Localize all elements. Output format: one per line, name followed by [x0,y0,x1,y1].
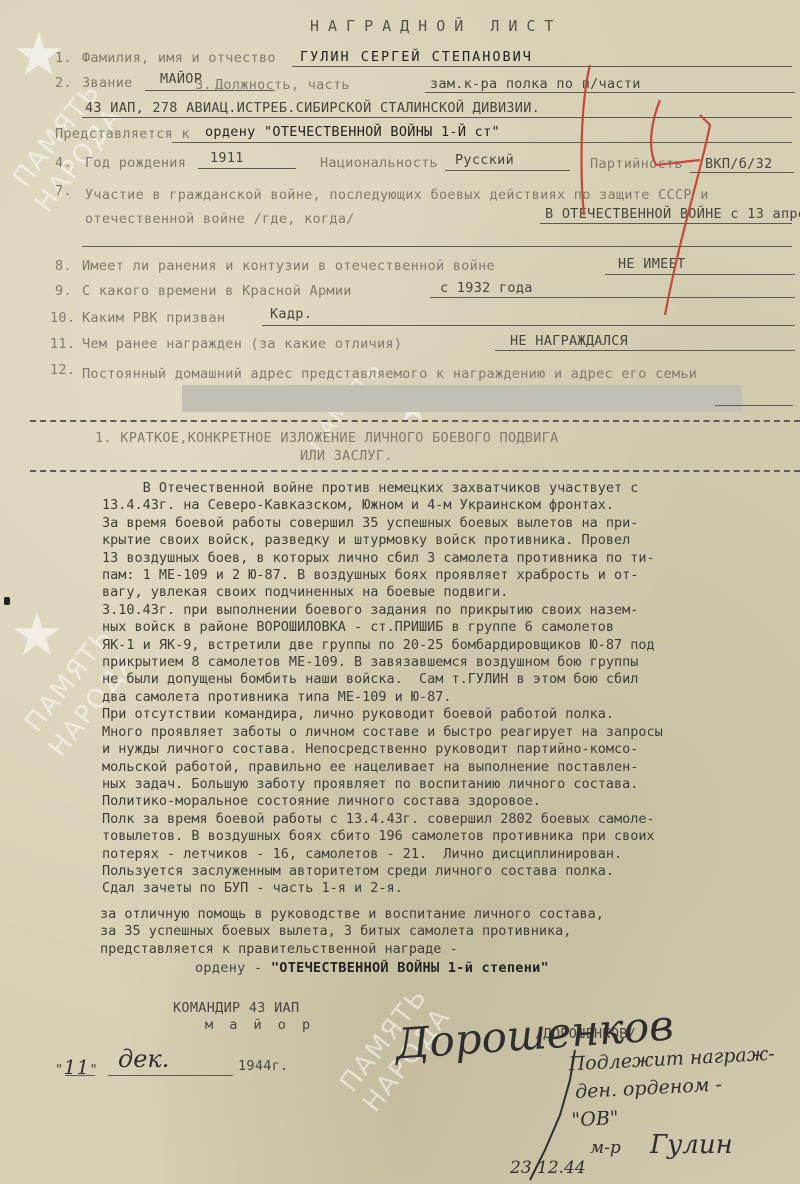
field-5-label: Национальность [320,155,438,171]
field-2-label: Звание [82,75,133,91]
citation-line: 13.4.43г. на Северо-Кавказском, Южном и … [102,497,792,514]
field-12-label: Постоянный домашний адрес представляемог… [82,362,792,387]
underline [198,168,296,169]
citation-line: Сдал зачеты по БУП - часть 1-я и 2-я. [102,880,792,897]
section-header-2: ИЛИ ЗАСЛУГ. [300,448,393,464]
citation-line: Много проявляет заботы о личном составе … [102,724,792,741]
field-draft-value: Кадр. [270,306,312,322]
citation-line: вагу, увлекая своих подчиненных на боевы… [102,584,792,601]
citation-line: За время боевой работы совершил 35 успеш… [102,515,792,532]
citation-line: В Отечественной войне против немецких за… [102,480,792,497]
field-11-number: 11. [50,336,75,352]
resolution-signature: Гулин [650,1130,733,1160]
date-month: дек. [118,1045,169,1073]
resolution-rank: м-р [590,1138,621,1158]
section-header: 1. КРАТКОЕ,КОНКРЕТНОЕ ИЗЛОЖЕНИЕ ЛИЧНОГО … [95,430,559,446]
document-title: НАГРАДНОЙ ЛИСТ [310,17,562,35]
field-9-label: С какого времени в Красной Армии [82,283,352,299]
underline [715,405,793,406]
citation-line: потерях - летчиков - 16, самолетов - 21.… [102,846,792,863]
underline [445,170,570,171]
field-army-since-value: с 1932 года [440,280,533,296]
field-3-number: 3. [195,77,212,93]
field-9-number: 9. [55,283,72,299]
underline [65,1075,95,1076]
field-10-label: Каким РВК призван [82,310,225,326]
field-1-number: 1. [55,50,72,66]
field-nominated-value: ордену "ОТЕЧЕСТВЕННОЙ ВОЙНЫ 1-Й ст" [205,124,500,140]
underline [108,1075,233,1076]
redacted-address [182,385,742,412]
field-unit-value: 43 ИАП, 278 АВИАЦ.ИСТРЕБ.СИБИРСКОЙ СТАЛИ… [85,100,540,116]
citation-line: 3.10.43г. при выполнении боевого задания… [102,602,792,619]
divider [30,420,800,422]
citation-line: прикрытием 8 самолетов МЕ-109. В завязав… [102,654,792,671]
field-4-number: 4. [55,155,72,171]
field-nominated-label: Представляется к [55,126,190,142]
field-name-value: ГУЛИН СЕРГЕЙ СТЕПАНОВИЧ [300,49,533,65]
closing-text: за отличную помощь в руководстве и воспи… [100,906,604,958]
field-10-number: 10. [50,310,75,326]
field-4-label: Год рождения [85,155,186,171]
field-11-label: Чем ранее награжден (за какие отличия) [82,336,402,352]
signer-rank: м а й о р [205,1017,314,1033]
award-sheet: ★ ★ ★ ПАМЯТЬ НАРОДА ПАМЯТЬ НАРОДА ПАМЯТЬ… [0,0,800,1184]
signer-position: КОМАНДИР 43 ИАП [173,1000,299,1016]
citation-line: Полк за время боевой работы с 13.4.43г. … [102,811,792,828]
field-1-label: Фамилия, имя и отчество [82,50,276,66]
field-7-number: 7. [55,183,72,199]
citation-line: крытие своих войск, разведку и штурмовку… [102,532,792,549]
field-nationality-value: Русский [455,152,514,168]
red-pencil-mark-icon [560,55,760,355]
closing-line: представляется к правительственной награ… [100,941,604,958]
divider [30,470,800,472]
field-8-label: Имеет ли ранения и контузии в отечествен… [82,258,495,274]
award-name: "ОТЕЧЕСТВЕННОЙ ВОЙНЫ 1-й степени" [271,960,549,976]
citation-line: ЯК-1 и ЯК-9, встретили две группы по 20-… [102,637,792,654]
citation-line: мольской работой, правильно ее нацеливае… [102,759,792,776]
closing-line: за 35 успешных боевых вылета, 3 битых са… [100,923,604,940]
citation-line: ных войск в районе ВОРОШИЛОВКА - ст.ПРИШ… [102,619,792,636]
field-3-label: Должность, часть [215,77,350,93]
punch-hole [4,597,10,605]
field-2-number: 2. [55,75,72,91]
field-birthyear-value: 1911 [210,150,244,166]
award-line: ордену - "ОТЕЧЕСТВЕННОЙ ВОЙНЫ 1-й степен… [195,960,549,976]
citation-line: пам: 1 МЕ-109 и 2 Ю-87. В воздушных боях… [102,567,792,584]
handwritten-resolution: Подлежит награж- ден. орденом - "ОВ" [568,1040,778,1135]
date-year: 1944г. [238,1058,289,1074]
citation-line: Политико-моральное состояние личного сос… [102,793,792,810]
citation-line: 13 воздушных боев, в которых лично сбил … [102,550,792,567]
citation-line: Пользуется заслуженным авторитетом среди… [102,863,792,880]
citation-line: ных задач. Большую заботу проявляет по в… [102,776,792,793]
award-prefix: ордену - [195,960,271,976]
citation-line: При отсутствии командира, лично руководи… [102,706,792,723]
field-8-number: 8. [55,258,72,274]
citation-line: товылетов. В воздушных боях сбито 196 са… [102,828,792,845]
resolution-bracket-stroke [500,1040,590,1184]
citation-line: не были допущены бомбить наши войска. Са… [102,671,792,688]
field-12-number: 12. [50,362,75,378]
citation-text: В Отечественной войне против немецких за… [102,480,792,898]
citation-line: два самолета противника типа МЕ-109 и Ю-… [102,689,792,706]
citation-line: и нужды личного состава. Непосредственно… [102,741,792,758]
closing-line: за отличную помощь в руководстве и воспи… [100,906,604,923]
watermark-star-icon: ★ [10,600,64,670]
